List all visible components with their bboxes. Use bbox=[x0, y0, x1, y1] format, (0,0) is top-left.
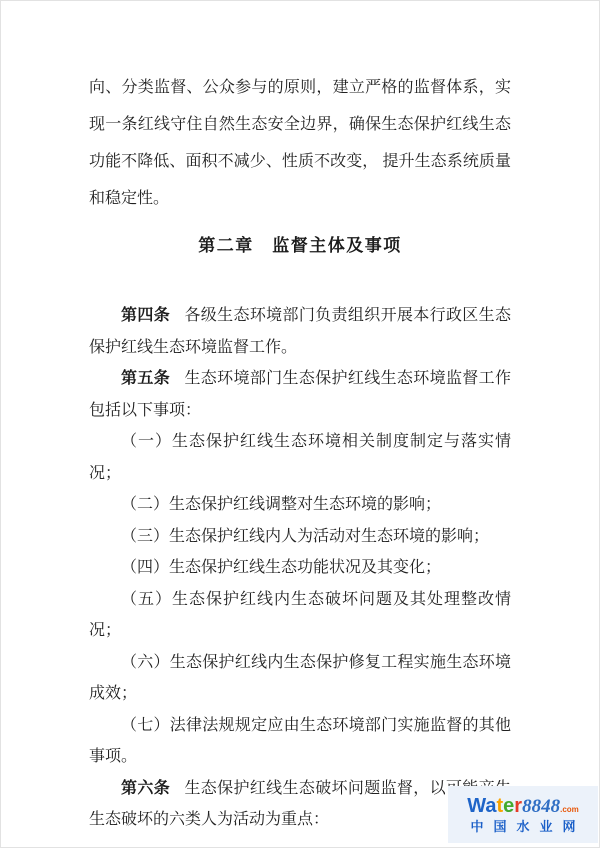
document-page: 向、分类监督、公众参与的原则，建立严格的监督体系，实现一条红线守住自然生态安全边… bbox=[0, 0, 600, 848]
article-5-item-3: （三）生态保护红线内人为活动对生态环境的影响； bbox=[89, 521, 511, 553]
article-5-item-6: （六）生态保护红线内生态保护修复工程实施生态环境成效； bbox=[89, 647, 511, 710]
article-5-label: 第五条 bbox=[121, 370, 170, 387]
article-5-item-4: （四）生态保护红线生态功能状况及其变化； bbox=[89, 552, 511, 584]
article-5-paragraph: 第五条生态环境部门生态保护红线生态环境监督工作包括以下事项： bbox=[89, 363, 511, 426]
document-body: 第四条各级生态环境部门负责组织开展本行政区生态保护红线生态环境监督工作。 第五条… bbox=[89, 300, 511, 836]
water8848-brand-wordmark: Water8848.com bbox=[467, 796, 579, 816]
article-4-paragraph: 第四条各级生态环境部门负责组织开展本行政区生态保护红线生态环境监督工作。 bbox=[89, 300, 511, 363]
brand-letter-red: r bbox=[514, 795, 522, 817]
article-4-label: 第四条 bbox=[121, 307, 170, 324]
brand-number: 8848 bbox=[522, 796, 560, 817]
water8848-logo: Water8848.com 中国水业网 bbox=[448, 786, 598, 843]
brand-tld: .com bbox=[560, 805, 579, 814]
water8848-subtitle: 中国水业网 bbox=[460, 820, 585, 833]
brand-letters-blue: Wa bbox=[467, 795, 496, 817]
article-5-item-7: （七）法律法规规定应由生态环境部门实施监督的其他事项。 bbox=[89, 710, 511, 773]
document-content: 向、分类监督、公众参与的原则，建立严格的监督体系，实现一条红线守住自然生态安全边… bbox=[1, 1, 599, 836]
article-6-label: 第六条 bbox=[121, 780, 170, 797]
article-5-item-1: （一）生态保护红线生态环境相关制度制定与落实情况； bbox=[89, 426, 511, 489]
paragraph-intro-continuation: 向、分类监督、公众参与的原则，建立严格的监督体系，实现一条红线守住自然生态安全边… bbox=[89, 69, 511, 217]
brand-letter-green: e bbox=[503, 795, 514, 817]
chapter-heading: 第二章 监督主体及事项 bbox=[89, 227, 511, 264]
article-5-item-2: （二）生态保护红线调整对生态环境的影响； bbox=[89, 489, 511, 521]
article-5-item-5: （五）生态保护红线内生态破坏问题及其处理整改情况； bbox=[89, 584, 511, 647]
